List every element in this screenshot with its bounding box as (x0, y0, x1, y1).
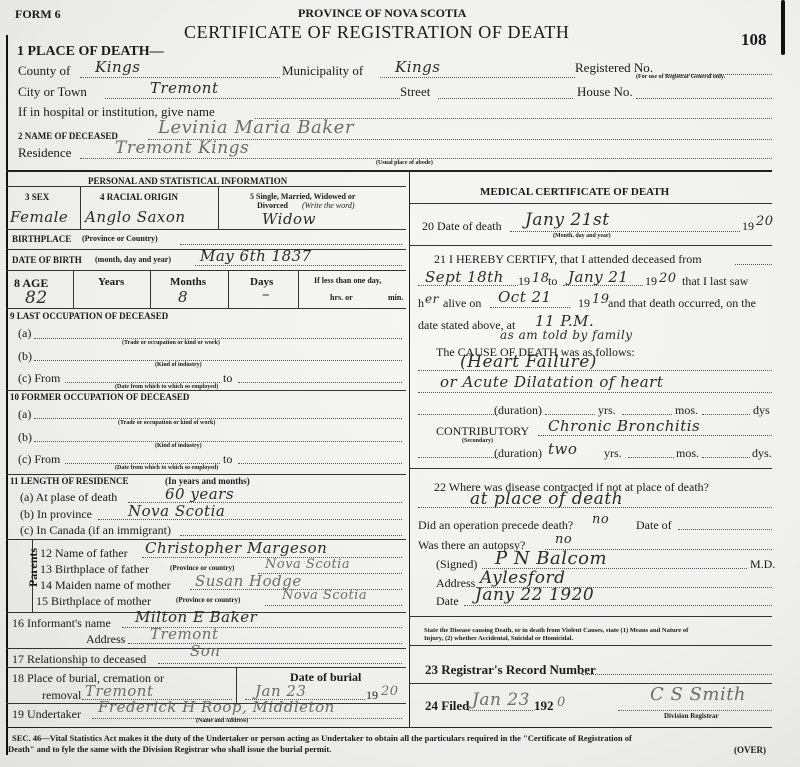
certify-text: 21 I HEREBY CERTIFY, that I attended dec… (434, 252, 702, 266)
duration-label: (duration) (494, 403, 542, 418)
mother-birthplace-label: 15 Birthplace of mother (36, 594, 151, 609)
informant-name-label: 16 Informant's name (12, 616, 111, 631)
former-occ-a-label: (a) (18, 407, 31, 422)
row-divider (6, 390, 406, 391)
last-occ-b-line[interactable] (34, 360, 402, 361)
dob-note: (month, day and year) (95, 255, 171, 264)
last-occ-a-note: (Trade or occupation or kind or work) (122, 340, 220, 346)
undertaker-value[interactable]: Frederick H Roop, Middleton (98, 698, 335, 716)
col-divider (150, 270, 151, 308)
burial-removal-label: removal (42, 688, 81, 703)
attended-from-value[interactable]: Sept 18th (425, 268, 504, 286)
duration-dys-line[interactable] (702, 414, 750, 415)
father-birthplace-value[interactable]: Nova Scotia (265, 557, 350, 572)
to-year-value[interactable]: 20 (659, 271, 677, 286)
mos-label: mos. (675, 403, 698, 418)
street-line (438, 98, 573, 99)
former-occupation-label: 10 FORMER OCCUPATION OF DECEASED (10, 392, 189, 402)
marital-label: 5 Single, Married, Widowed or (250, 192, 355, 201)
months-value[interactable]: 8 (178, 288, 188, 306)
section-divider (6, 170, 772, 172)
personal-section-title: PERSONAL AND STATISTICAL INFORMATION (88, 176, 287, 186)
residence-value[interactable]: Tremont Kings (115, 138, 249, 158)
sex-label: 3 SEX (25, 192, 49, 202)
signed-label: (Signed) (436, 557, 477, 572)
last-occ-b-label: (b) (18, 349, 32, 364)
informant-address-value[interactable]: Tremont (150, 625, 219, 643)
contributory-duration-value[interactable]: two (548, 440, 577, 458)
contributory-line (538, 435, 772, 436)
alive-on-line (490, 307, 570, 308)
operation-value[interactable]: no (592, 512, 609, 527)
last-saw-label: that I last saw (682, 274, 748, 289)
cause-line-1-value[interactable]: (Heart Failure) (460, 352, 597, 372)
last-occ-from-line[interactable] (65, 382, 220, 383)
pronoun-prefix: h (418, 296, 424, 311)
last-occ-b-note: (Kind of industry) (155, 362, 202, 368)
place-of-death-label: 1 PLACE OF DEATH— (17, 44, 164, 60)
death-date-value[interactable]: Jany 21st (525, 210, 610, 230)
age-value[interactable]: 82 (25, 288, 48, 308)
former-occ-c-label: (c) From (18, 452, 60, 467)
former-occ-a-note: (Trade or occupation or kind of work) (118, 420, 215, 426)
alive-year-prefix: 19 (578, 296, 590, 311)
col-divider (73, 270, 74, 308)
father-name-value[interactable]: Christopher Margeson (145, 539, 327, 557)
record-number-label: 23 Registrar's Record Number (425, 662, 596, 678)
father-birthplace-note: (Province or country) (170, 564, 234, 572)
contrib-mos-line[interactable] (628, 457, 674, 458)
informant-note-value[interactable]: as am told by family (500, 328, 633, 342)
physician-date-value[interactable]: Jany 22 1920 (475, 585, 594, 605)
death-year-prefix: 19 (742, 219, 754, 234)
relationship-line (158, 663, 402, 664)
city-line (105, 98, 400, 99)
dys-label: dys (753, 403, 770, 418)
to-year-prefix: 19 (645, 274, 657, 289)
col-divider (228, 270, 229, 308)
residence-province-value[interactable]: Nova Scotia (128, 502, 225, 520)
residence-label: Residence (18, 145, 71, 161)
sec-46-text-1: SEC. 46—Vital Statistics Act makes it th… (12, 733, 632, 743)
mother-name-label: 14 Maiden name of mother (40, 578, 171, 593)
racial-origin-value[interactable]: Anglo Saxon (85, 208, 186, 226)
residence-length-label: 11 LENGTH OF RESIDENCE (10, 476, 128, 486)
parents-label: Parents (26, 548, 41, 587)
former-occ-b-label: (b) (18, 430, 32, 445)
less-than-day-label: If less than one day, (314, 276, 381, 285)
division-registrar-label: Division Registrar (664, 712, 719, 720)
over-label: (OVER) (734, 745, 766, 755)
last-occupation-label: 9 LAST OCCUPATION OF DECEASED (10, 311, 168, 321)
mother-birthplace-line (265, 605, 402, 606)
birthplace-line[interactable] (180, 244, 402, 245)
county-line (80, 77, 280, 78)
city-value[interactable]: Tremont (150, 79, 219, 97)
residence-canada-label: (c) In Canada (if an immigrant) (20, 523, 171, 538)
occurred-label: and that death occurred, on the (608, 296, 756, 311)
last-occ-a-label: (a) (18, 326, 31, 341)
alive-on-value[interactable]: Oct 21 (498, 288, 552, 306)
row-divider (6, 474, 406, 475)
deceased-name-value[interactable]: Levinia Maria Baker (158, 117, 354, 138)
former-occ-to-label: to (223, 452, 232, 467)
county-value[interactable]: Kings (95, 58, 140, 76)
where-contracted-value[interactable]: at place of death (470, 489, 623, 509)
alive-year-value[interactable]: 19 (592, 292, 610, 307)
province-heading: PROVINCE OF NOVA SCOTIA (298, 6, 466, 21)
death-certificate-page: FORM 6 PROVINCE OF NOVA SCOTIA CERTIFICA… (0, 0, 800, 767)
burial-year-value[interactable]: 20 (381, 684, 399, 699)
contributory-note: (Secondary) (462, 438, 493, 444)
death-date-label: 20 Date of death (422, 219, 502, 234)
row-divider (6, 667, 406, 668)
dob-label: DATE OF BIRTH (12, 255, 82, 265)
last-occ-to-label: to (223, 371, 232, 386)
row-divider (409, 203, 772, 204)
sec-46-text-2: Death" and to fyle the same with the Div… (8, 744, 331, 754)
registered-no-note: (For use of Registrar General only. (636, 74, 725, 80)
col-divider (298, 270, 299, 308)
undertaker-label: 19 Undertaker (12, 707, 81, 722)
racial-origin-label: 4 RACIAL ORIGIN (100, 192, 178, 202)
alive-on-label: alive on (443, 296, 481, 311)
municipality-label: Municipality of (282, 63, 363, 79)
county-label: County of (18, 63, 70, 79)
duration-yrs-line[interactable] (545, 414, 595, 415)
margin-mark (781, 0, 785, 55)
informant-address-label: Address (86, 632, 125, 647)
from-year-value[interactable]: 18 (532, 271, 550, 286)
last-occ-to-line[interactable] (238, 382, 402, 383)
division-registrar-signature[interactable]: C S Smith (650, 684, 746, 705)
informant-name-value[interactable]: Milton E Baker (135, 608, 257, 626)
record-number-line[interactable] (582, 674, 772, 675)
physician-date-line (464, 605, 772, 606)
col-divider (218, 186, 219, 229)
medical-section-title: MEDICAL CERTIFICATE OF DEATH (480, 186, 669, 198)
autopsy-value[interactable]: no (555, 532, 572, 547)
mother-birthplace-note: (Province or country) (176, 596, 240, 604)
informant-address-line (128, 643, 402, 644)
filed-year-prefix: 192 (534, 698, 554, 714)
min-label: min. (388, 293, 403, 302)
residence-note: (Usual place of abode) (376, 160, 433, 166)
residence-canada-line[interactable] (180, 535, 402, 536)
pronoun-value[interactable]: er (425, 292, 439, 306)
filed-date-value[interactable]: Jan 23 (472, 690, 530, 710)
disease-note-1: State the Disease causing Death, or in d… (424, 627, 688, 634)
death-date-note: (Month, day and year) (553, 233, 611, 239)
former-occ-b-line[interactable] (34, 441, 402, 442)
former-occ-a-line[interactable] (34, 418, 402, 419)
physician-address-label: Address (436, 576, 475, 591)
row-divider (409, 245, 772, 246)
house-no-label: House No. (577, 84, 633, 100)
from-year-prefix: 19 (518, 274, 530, 289)
burial-year-prefix: 19 (366, 688, 378, 703)
footer-divider (6, 727, 772, 728)
deceased-name-label: 2 NAME OF DECEASED (18, 131, 118, 141)
relationship-value[interactable]: Son (190, 642, 220, 660)
row-divider (6, 308, 406, 309)
cause-line-2-value[interactable]: or Acute Dilatation of heart (440, 373, 663, 391)
md-label: M.D. (750, 557, 775, 572)
document-title: CERTIFICATE OF REGISTRATION OF DEATH (184, 22, 570, 43)
row-divider (6, 186, 406, 187)
certificate-number: 108 (741, 30, 767, 50)
row-divider (409, 468, 772, 469)
duration-lead-2 (418, 457, 498, 458)
relationship-label: 17 Relationship to deceased (12, 652, 146, 667)
filed-date-line (468, 710, 533, 711)
marital-note: (Write the word) (302, 201, 355, 210)
death-year-value[interactable]: 20 (756, 214, 774, 229)
division-registrar-line (618, 710, 772, 711)
operation-label: Did an operation precede death? (418, 518, 573, 533)
birthplace-note: (Province or Country) (82, 234, 158, 243)
form-number: FORM 6 (15, 7, 61, 22)
operation-date-line[interactable] (678, 529, 772, 530)
municipality-line (380, 77, 575, 78)
birthplace-label: BIRTHPLACE (12, 234, 71, 244)
undertaker-note: (Name and Address) (196, 718, 248, 724)
yrs-label-2: yrs. (604, 446, 622, 461)
attended-to-label: to (548, 274, 557, 289)
hrs-label: hrs. or (330, 293, 353, 302)
house-no-line (636, 98, 772, 99)
last-occ-a-line[interactable] (34, 338, 402, 339)
duration-lead (418, 414, 498, 415)
former-occ-b-note: (Kind of industry) (155, 443, 202, 449)
col-divider (80, 186, 81, 229)
death-date-line (510, 231, 740, 232)
dob-value[interactable]: May 6th 1837 (200, 247, 312, 265)
physician-date-label: Date (436, 594, 459, 609)
operation-date-label: Date of (636, 518, 672, 533)
street-label: Street (400, 84, 430, 100)
duration-mos-line[interactable] (622, 414, 672, 415)
contrib-dys-line[interactable] (702, 457, 750, 458)
duration-label-2: (duration) (494, 446, 542, 461)
physician-signature[interactable]: P N Balcom (495, 548, 607, 569)
municipality-value[interactable]: Kings (395, 58, 440, 76)
row-divider (6, 270, 406, 271)
contributory-label: CONTRIBUTORY (436, 424, 529, 439)
residence-province-label: (b) In province (20, 507, 92, 522)
mother-birthplace-value[interactable]: Nova Scotia (282, 588, 367, 603)
contributory-value[interactable]: Chronic Bronchitis (548, 417, 700, 435)
filed-year-value[interactable]: 0 (557, 695, 566, 710)
cause-line-2 (418, 392, 772, 393)
last-occ-c-label: (c) From (18, 371, 60, 386)
city-label: City or Town (18, 84, 87, 100)
mos-label-2: mos. (676, 446, 699, 461)
marital-label-2: Divorced (257, 201, 288, 210)
sex-value[interactable]: Female (10, 208, 68, 226)
row-divider (409, 616, 772, 617)
years-label: Years (98, 276, 124, 288)
yrs-label: yrs. (598, 403, 616, 418)
center-divider (409, 170, 410, 727)
former-occ-c-note: (Date from which to which so employed) (115, 465, 218, 471)
certify-line (735, 264, 772, 265)
dob-line (195, 265, 402, 266)
certify-label: 21 I HEREBY CERTIFY, that I attended dec… (434, 252, 702, 267)
residence-at-death-label: (a) At plase of death (20, 490, 117, 505)
dys-label-2: dys. (752, 446, 772, 461)
marital-status-value[interactable]: Widow (262, 210, 316, 228)
row-divider (409, 645, 772, 646)
father-name-label: 12 Name of father (40, 546, 128, 561)
residence-line (80, 158, 772, 159)
row-divider (6, 229, 406, 230)
residence-at-death-value[interactable]: 60 years (165, 485, 234, 503)
filed-label: 24 Filed (425, 698, 469, 714)
attended-to-value[interactable]: Jany 21 (568, 268, 628, 286)
father-birthplace-label: 13 Birthplace of father (40, 562, 149, 577)
left-border-line (6, 35, 8, 755)
days-value[interactable]: – (262, 285, 270, 303)
former-occ-to-line[interactable] (238, 463, 402, 464)
former-occ-from-line[interactable] (65, 463, 220, 464)
months-label: Months (170, 276, 206, 288)
disease-note-2: Injury, (2) whether Accidental, Suicidal… (424, 635, 573, 642)
